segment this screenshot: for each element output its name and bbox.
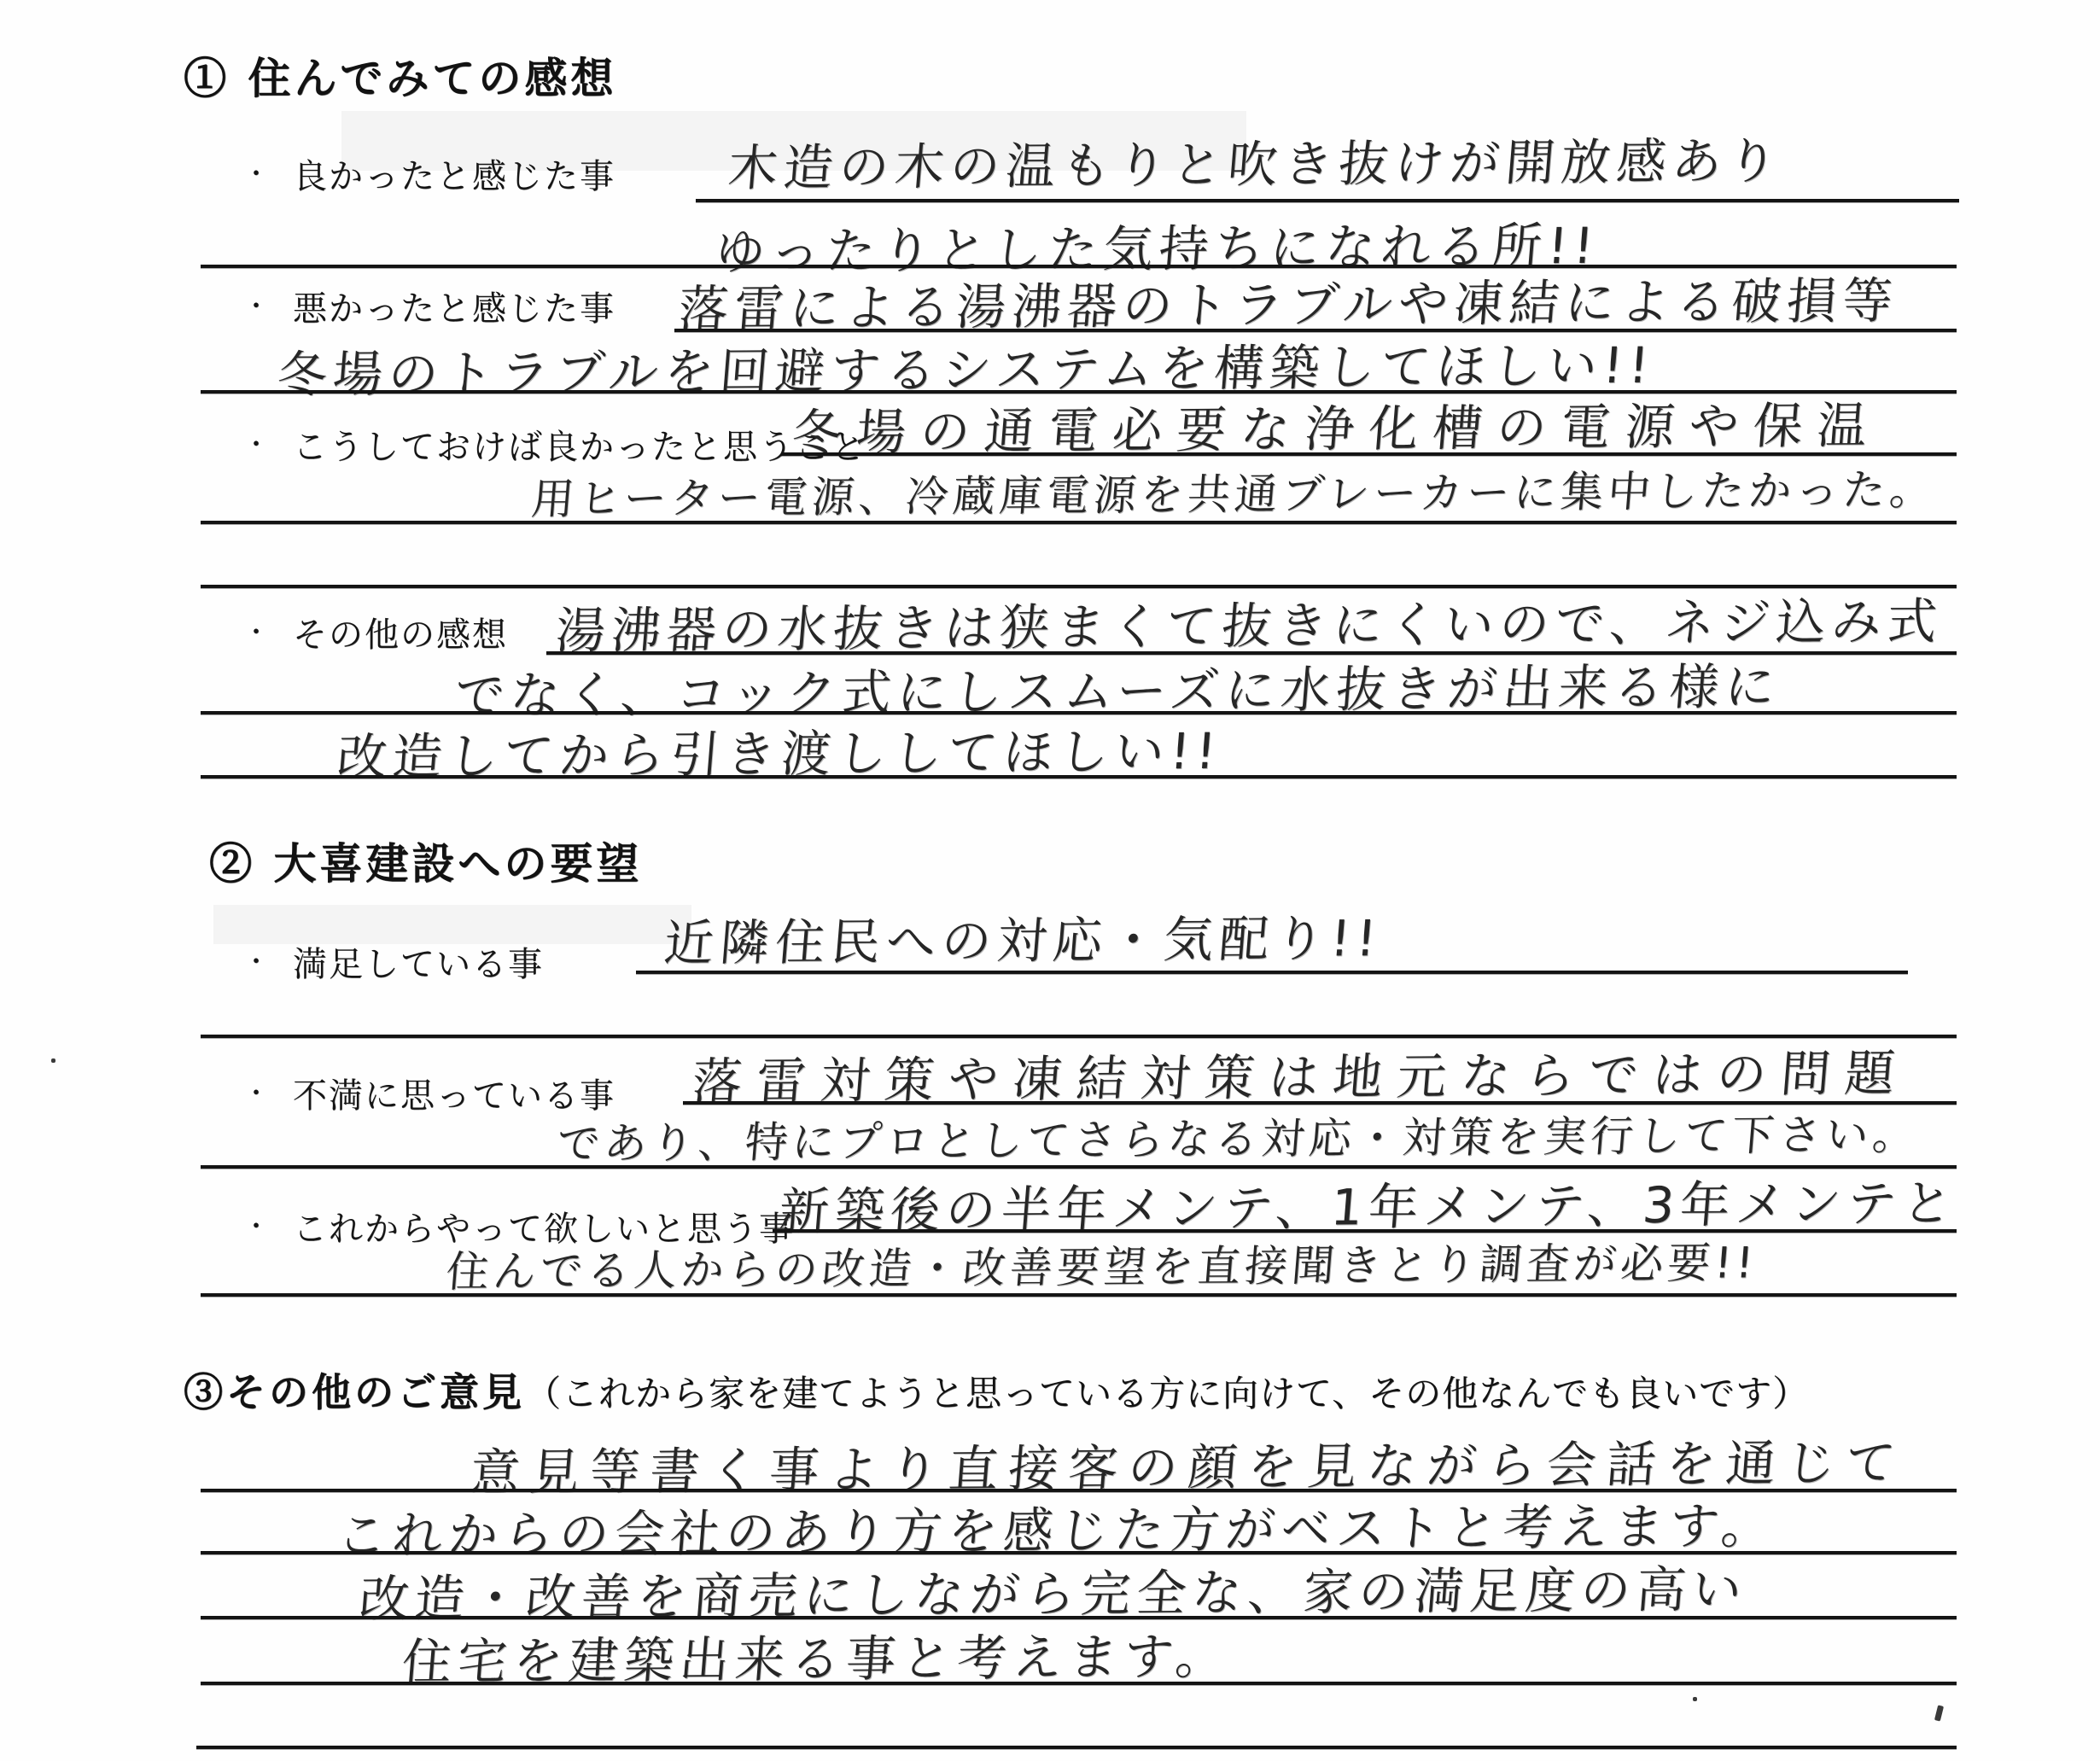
question-label-good-points: ・良かったと感じた事: [243, 149, 615, 198]
question-label-text: 悪かったと感じた事: [293, 289, 615, 329]
section-1-heading-text: ① 住んでみての感想: [184, 53, 616, 103]
answer-rule: [201, 521, 1957, 524]
bullet-icon: ・: [243, 1079, 271, 1109]
question-label-text: その他の感想: [293, 615, 508, 655]
section-1-heading: ① 住んでみての感想: [184, 44, 616, 106]
question-label-should-have-done: ・こうしておけば良かったと思うこと: [243, 420, 866, 469]
section-2-heading-text: ② 大喜建設への要望: [209, 838, 642, 889]
answer-rule: [201, 1682, 1957, 1685]
scan-speck: [1693, 1697, 1697, 1701]
answer-rule: [196, 1746, 1957, 1749]
section-3-heading: ③その他のご意見（これから家を建てようと思っている方に向けて、その他なんでも良い…: [184, 1362, 1809, 1418]
question-label-other-impressions: ・その他の感想: [243, 608, 508, 656]
answer-line: 木造の木の温もりと吹き抜けが開放感あり: [726, 120, 1787, 200]
bullet-icon: ・: [243, 292, 271, 322]
bullet-icon: ・: [243, 618, 271, 648]
question-label-text: 良かったと感じた事: [293, 157, 615, 196]
section-3-heading-text: ③その他のご意見: [184, 1369, 525, 1415]
scan-speck: [51, 1058, 55, 1063]
question-label-text: 満足している事: [293, 945, 544, 984]
bullet-icon: ・: [243, 430, 271, 460]
question-label-satisfied: ・満足している事: [243, 937, 544, 986]
answer-rule: [201, 775, 1957, 778]
section-2-heading: ② 大喜建設への要望: [209, 830, 642, 891]
answer-rule: [696, 199, 1959, 202]
bullet-icon: ・: [243, 160, 271, 190]
bullet-icon: ・: [243, 1212, 271, 1242]
answer-rule: [781, 452, 1957, 456]
answer-rule: [201, 1293, 1957, 1297]
answer-line: 住んでる人からの改造・改善要望を直接聞きとり調査が必要!!: [444, 1228, 1760, 1299]
answer-line: であり、特にプロとしてさらなる対応・対策を実行して下さい。: [555, 1100, 1922, 1171]
question-label-text: こうしておけば良かったと思うこと: [293, 428, 866, 467]
scan-speck: [1934, 1705, 1944, 1721]
answer-line: 近隣住民への対応・気配り!!: [662, 898, 1385, 975]
answer-line: 用ヒーター電源、冷蔵庫電源を共通ブレーカーに集中したかった。: [529, 456, 1940, 527]
section-3-heading-note: （これから家を建てようと思っている方に向けて、その他なんでも良いです）: [525, 1373, 1809, 1414]
bullet-icon: ・: [243, 948, 271, 977]
question-label-bad-points: ・悪かったと感じた事: [243, 282, 615, 330]
answer-rule: [636, 971, 1908, 974]
scanned-questionnaire-page: ① 住んでみての感想 ・良かったと感じた事 木造の木の温もりと吹き抜けが開放感あ…: [0, 0, 2100, 1761]
